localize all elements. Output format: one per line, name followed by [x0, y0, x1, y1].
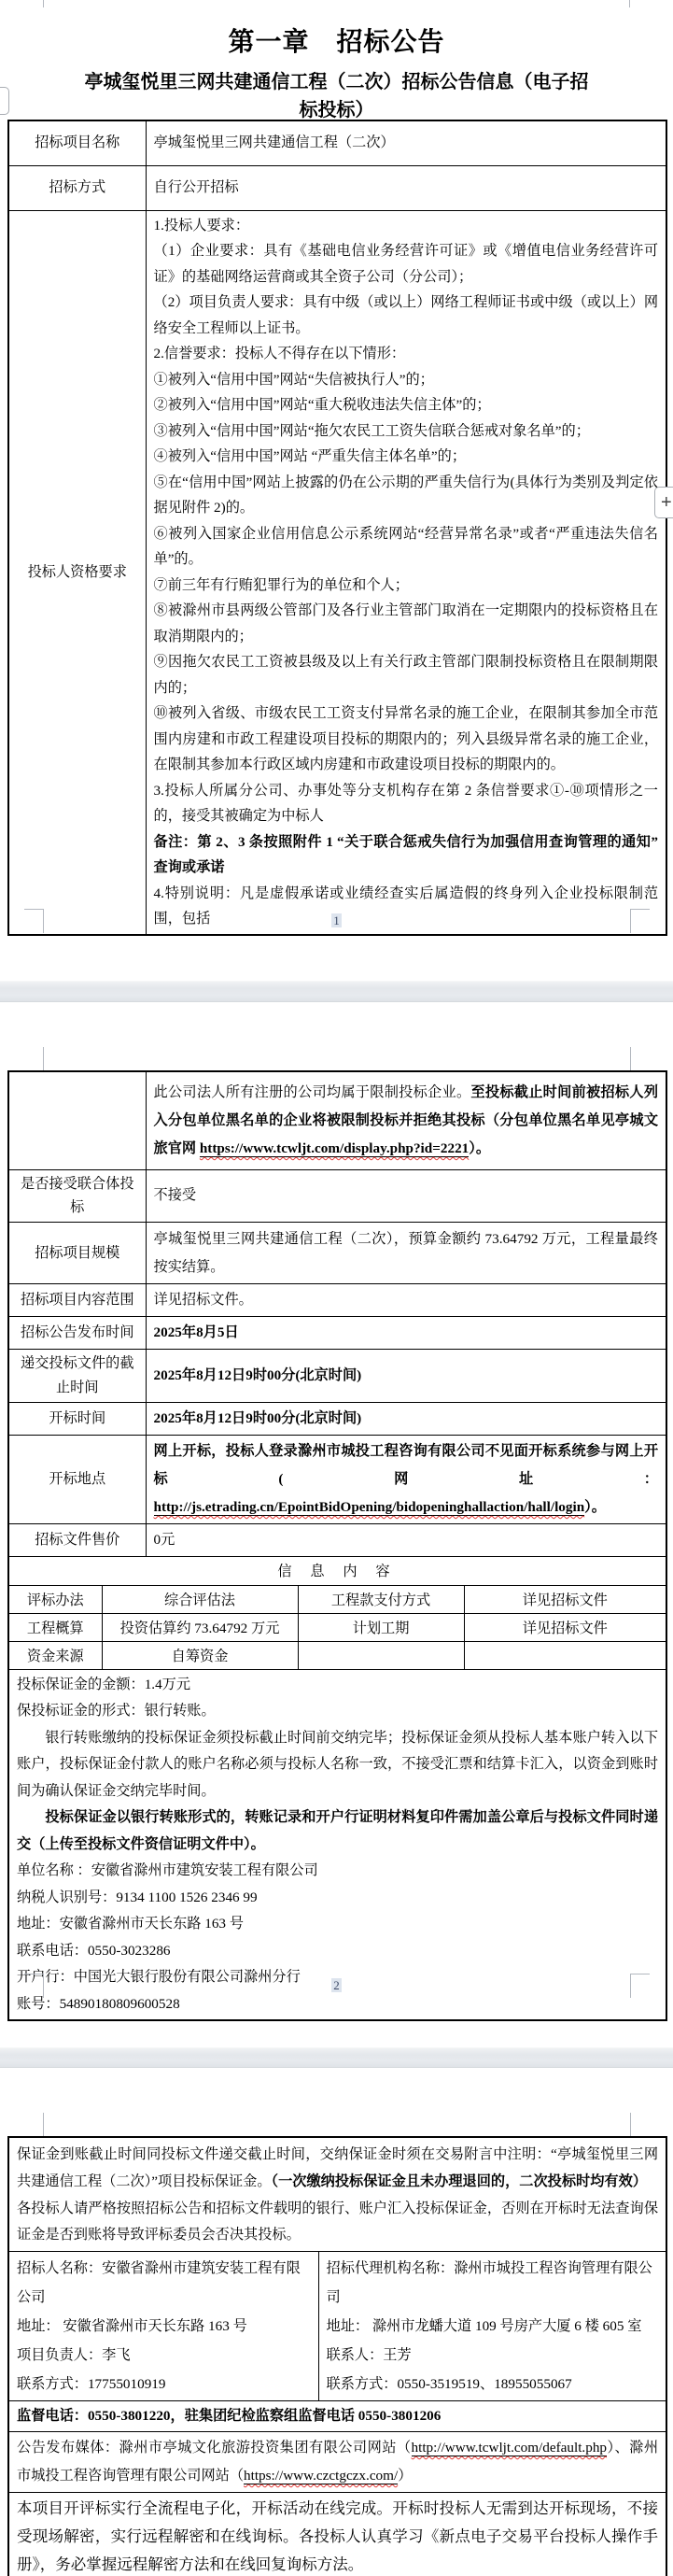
table-row: 开标地点 网上开标，投标人登录滁州市城投工程咨询有限公司不见面开标系统参与网上开…	[8, 1435, 666, 1523]
text-segment: ）。	[469, 1140, 490, 1156]
table-row: 保证金到账截止时间同投标文件递交截止时间，交纳保证金时须在交易附言中注明：“亭城…	[8, 2137, 666, 2252]
agency-contact-cell: 招标代理机构名称：滁州市城投工程咨询管理有限公司 地址： 滁州市龙蟠大道 109…	[318, 2252, 666, 2401]
table-row: 工程概算 投资估算约 73.64792 万元 计划工期 详见招标文件	[8, 1613, 666, 1641]
table-row: 此公司法人所有注册的公司均属于限制投标企业。至投标截止时间前被招标人列入分包单位…	[8, 1071, 666, 1169]
table-row: 开标时间 2025年8月12日9时00分(北京时间)	[8, 1402, 666, 1435]
grid-cell: 详见招标文件	[464, 1585, 666, 1613]
paragraph: 地址：安徽省滁州市天长东路 163 号	[17, 1911, 658, 1938]
row-value-open-time: 2025年8月12日9时00分(北京时间)	[146, 1402, 666, 1435]
add-annotation-button[interactable]: +	[654, 487, 673, 518]
row-label-publish-time: 招标公告发布时间	[8, 1317, 146, 1350]
table-row: 公告发布媒体：滁州市亭城文化旅游投资集团有限公司网站（http://www.tc…	[8, 2432, 666, 2493]
paragraph: 联系电话：0550-3023286	[17, 1938, 658, 1965]
grid-cell: 详见招标文件	[464, 1613, 666, 1641]
text-segment: ）。	[584, 1499, 606, 1515]
paragraph: ④被列入“信用中国”网站 “严重失信主体名单”的；	[154, 444, 659, 470]
table-row: 信 息 内 容	[8, 1556, 666, 1585]
row-label-project-scale: 招标项目规模	[8, 1223, 146, 1284]
paragraph: ⑥被列入国家企业信用信息公示系统网站“经营异常名录”或者“严重违法失信名单”的。	[154, 521, 659, 573]
row-label-open-time: 开标时间	[8, 1402, 146, 1435]
deposit-notice-cell: 保证金到账截止时间同投标文件递交截止时间，交纳保证金时须在交易附言中注明：“亭城…	[8, 2137, 666, 2252]
table-row: 投标保证金的金额：1.4万元 保投标证金的形式：银行转账。 银行转账缴纳的投标保…	[8, 1669, 666, 2020]
bid-info-table-page1: 招标项目名称 亭城玺悦里三网共建通信工程（二次） 招标方式 自行公开招标 投标人…	[7, 120, 667, 936]
table-row: 监督电话：0550-3801220，驻集团纪检监察组监督电话 0550-3801…	[8, 2401, 666, 2432]
table-row: 本项目开评标实行全流程电子化，开标活动在线完成。开标时投标人无需到达开标现场，不…	[8, 2493, 666, 2576]
bidder-phone: 联系方式：17755010919	[17, 2370, 311, 2399]
paragraph: 2.信誉要求：投标人不得存在以下情形：	[154, 341, 659, 367]
paragraph: ③被列入“信用中国”网站“拖欠农民工工资失信联合惩戒对象名单”的；	[154, 418, 659, 445]
grid-cell: 工程概算	[8, 1613, 102, 1641]
row-label-joint-bid: 是否接受联合体投标	[8, 1169, 146, 1223]
row-label-scope: 招标项目内容范围	[8, 1284, 146, 1317]
paragraph: 1.投标人要求：	[154, 213, 659, 239]
paragraph: ②被列入“信用中国”网站“重大税收违法失信主体”的；	[154, 392, 659, 418]
row-value-project-scale: 亭城玺悦里三网共建通信工程（二次），预算金额约 73.64792 万元，工程量最…	[146, 1223, 666, 1284]
paragraph: ⑤在“信用中国”网站上披露的仍在公示期的严重失信行为(具体行为类别及判定依据见附…	[154, 470, 659, 521]
agency-contact: 联系人：王芳	[327, 2341, 659, 2370]
margin-mark	[630, 1047, 650, 1071]
table-row: 招标项目名称 亭城玺悦里三网共建通信工程（二次）	[8, 120, 666, 165]
table-row: 投标人资格要求 1.投标人要求： （1）企业要求：具有《基础电信业务经营许可证》…	[8, 210, 666, 935]
paragraph: 各投标人请严格按照招标公告和招标文件载明的银行、账户汇入投标保证金，否则在开标时…	[17, 2196, 658, 2250]
bidder-manager: 项目负责人：李飞	[17, 2341, 311, 2370]
margin-mark	[24, 1047, 44, 1071]
paragraph: 保投标证金的形式：银行转账。	[17, 1698, 658, 1725]
sidebar-handle-button[interactable]	[0, 87, 9, 115]
grid-cell: 投资估算约 73.64792 万元	[102, 1613, 298, 1641]
text-segment: ）	[398, 2468, 412, 2484]
paragraph: 单位名称 ：安徽省滁州市建筑安装工程有限公司	[17, 1858, 658, 1885]
paragraph: ⑩被列入省级、市级农民工工资支付异常名录的施工企业，在限制其参加全市范围内房建和…	[154, 701, 659, 778]
paragraph: ①被列入“信用中国”网站“失信被执行人”的；	[154, 367, 659, 393]
row-value-bid-method: 自行公开招标	[146, 165, 666, 210]
chapter-title: 第一章 招标公告	[0, 21, 673, 59]
row-value-scope: 详见招标文件。	[146, 1284, 666, 1317]
row-label-open-place: 开标地点	[8, 1435, 146, 1523]
agency-name: 招标代理机构名称：滁州市城投工程咨询管理有限公司	[327, 2254, 659, 2312]
row-label-project-name: 招标项目名称	[8, 120, 146, 165]
table-row: 招标人名称：安徽省滁州市建筑安装工程有限公司 地址： 安徽省滁州市天长东路 16…	[8, 2252, 666, 2401]
grid-cell: 计划工期	[298, 1613, 464, 1641]
row-label-qualification: 投标人资格要求	[8, 210, 146, 935]
page-separator	[0, 981, 673, 1002]
row-label-bid-method: 招标方式	[8, 165, 146, 210]
paragraph-note: 备注：第 2、3 条按照附件 1 “关于联合惩戒失信行为加强信用查询管理的通知”…	[154, 829, 659, 881]
bid-opening-link[interactable]: http://js.etrading.cn/EpointBidOpening/b…	[154, 1499, 585, 1516]
table-row: 是否接受联合体投标 不接受	[8, 1169, 666, 1223]
table-row: 招标项目规模 亭城玺悦里三网共建通信工程（二次），预算金额约 73.64792 …	[8, 1223, 666, 1284]
row-label-doc-price: 招标文件售价	[8, 1523, 146, 1556]
paragraph: 保证金到账截止时间同投标文件递交截止时间，交纳保证金时须在交易附言中注明：“亭城…	[17, 2142, 658, 2196]
row-value-project-name: 亭城玺悦里三网共建通信工程（二次）	[146, 120, 666, 165]
page-number-2: 2	[0, 1978, 673, 1993]
text-segment: 网上开标，投标人登录滁州市城投工程咨询有限公司不见面开标系统参与网上开标(网址：	[154, 1443, 659, 1487]
margin-mark	[630, 2113, 650, 2137]
paragraph: 3.投标人所属分公司、办事处等分支机构存在第 2 条信誉要求①-⑩项情形之一的，…	[154, 778, 659, 829]
row-label-empty	[8, 1071, 146, 1169]
paragraph: 纳税人识别号：9134 1100 1526 2346 99	[17, 1885, 658, 1912]
bid-info-table-page3: 保证金到账截止时间同投标文件递交截止时间，交纳保证金时须在交易附言中注明：“亭城…	[7, 2136, 667, 2576]
text-segment-bold: （一次缴纳投标保证金且未办理退回的，二次投标时均有效）	[272, 2173, 647, 2189]
blacklist-link[interactable]: https://www.tcwljt.com/display.php?id=22…	[200, 1140, 469, 1157]
media-cell: 公告发布媒体：滁州市亭城文化旅游投资集团有限公司网站（http://www.tc…	[8, 2432, 666, 2493]
page-title: 亭城玺悦里三网共建通信工程（二次）招标公告信息（电子招标投标）	[82, 68, 591, 124]
grid-cell: 自筹资金	[102, 1641, 298, 1669]
media-link-2[interactable]: https://www.czctgczx.com/	[244, 2468, 398, 2484]
document-view: 第一章 招标公告 亭城玺悦里三网共建通信工程（二次）招标公告信息（电子招标投标）…	[0, 0, 673, 2576]
paragraph: （2）项目负责人要求：具有中级（或以上）网络工程师证书或中级（或以上）网络安全工…	[154, 290, 659, 341]
supervision-phone-cell: 监督电话：0550-3801220，驻集团纪检监察组监督电话 0550-3801…	[8, 2401, 666, 2432]
table-row: 招标文件售价 0元	[8, 1523, 666, 1556]
paragraph: 账号：54890180809600528	[17, 1991, 658, 2018]
plus-icon: +	[661, 492, 672, 513]
margin-mark	[24, 2113, 44, 2137]
margin-mark	[629, 0, 631, 7]
grid-cell	[298, 1641, 464, 1669]
row-label-submit-deadline: 递交投标文件的截止时间	[8, 1350, 146, 1403]
row-value-submit-deadline: 2025年8月12日9时00分(北京时间)	[146, 1350, 666, 1403]
page-number-1: 1	[0, 913, 673, 928]
bid-info-table-page2: 此公司法人所有注册的公司均属于限制投标企业。至投标截止时间前被招标人列入分包单位…	[7, 1070, 667, 2021]
grid-cell: 工程款支付方式	[298, 1585, 464, 1613]
row-value-qualification: 1.投标人要求： （1）企业要求：具有《基础电信业务经营许可证》或《增值电信业务…	[146, 210, 666, 935]
paragraph-bold: 投标保证金以银行转账形式的，转账记录和开户行证明材料复印件需加盖公章后与投标文件…	[17, 1805, 658, 1858]
deposit-details-cell: 投标保证金的金额：1.4万元 保投标证金的形式：银行转账。 银行转账缴纳的投标保…	[8, 1669, 666, 2020]
table-row: 招标方式 自行公开招标	[8, 165, 666, 210]
text-segment: 此公司法人所有注册的公司均属于限制投标企业。	[154, 1084, 471, 1100]
media-link-1[interactable]: http://www.tcwljt.com/default.php	[412, 2440, 608, 2456]
table-row: 招标项目内容范围 详见招标文件。	[8, 1284, 666, 1317]
agency-address: 地址： 滁州市龙蟠大道 109 号房产大厦 6 楼 605 室	[327, 2312, 659, 2341]
row-value-joint-bid: 不接受	[146, 1169, 666, 1223]
paragraph: ⑧被滁州市县两级公管部门及各行业主管部门取消在一定期限内的投标资格且在取消期限内…	[154, 598, 659, 649]
bidder-name: 招标人名称：安徽省滁州市建筑安装工程有限公司	[17, 2254, 311, 2312]
grid-cell	[464, 1641, 666, 1669]
page-separator	[0, 2047, 673, 2068]
row-value-publish-time: 2025年8月5日	[146, 1317, 666, 1350]
table-row: 招标公告发布时间 2025年8月5日	[8, 1317, 666, 1350]
paragraph: ⑦前三年有行贿犯罪行为的单位和个人；	[154, 573, 659, 599]
table-row: 资金来源 自筹资金	[8, 1641, 666, 1669]
paragraph: （1）企业要求：具有《基础电信业务经营许可证》或《增值电信业务经营许可证》的基础…	[154, 238, 659, 290]
bidder-address: 地址： 安徽省滁州市天长东路 163 号	[17, 2312, 311, 2341]
text-segment: 公告发布媒体：滁州市亭城文化旅游投资集团有限公司网站（	[17, 2440, 412, 2456]
table-row: 评标办法 综合评估法 工程款支付方式 详见招标文件	[8, 1585, 666, 1613]
agency-phone: 联系方式：0550-3519519、18955055067	[327, 2370, 659, 2399]
electronic-bidding-note: 本项目开评标实行全流程电子化，开标活动在线完成。开标时投标人无需到达开标现场，不…	[8, 2493, 666, 2576]
paragraph: 银行转账缴纳的投标保证金须投标截止时间前交纳完毕；投标保证金须从投标人基本账户转…	[17, 1725, 658, 1805]
bidder-contact-cell: 招标人名称：安徽省滁州市建筑安装工程有限公司 地址： 安徽省滁州市天长东路 16…	[8, 2252, 318, 2401]
paragraph: ⑨因拖欠农民工工资被县级及以上有关行政主管部门限制投标资格且在限制期限内的；	[154, 649, 659, 701]
grid-cell: 综合评估法	[102, 1585, 298, 1613]
row-value-open-place: 网上开标，投标人登录滁州市城投工程咨询有限公司不见面开标系统参与网上开标(网址：…	[146, 1435, 666, 1523]
row-value-qualification-cont: 此公司法人所有注册的公司均属于限制投标企业。至投标截止时间前被招标人列入分包单位…	[146, 1071, 666, 1169]
margin-mark	[43, 0, 45, 7]
grid-cell: 资金来源	[8, 1641, 102, 1669]
table-row: 递交投标文件的截止时间 2025年8月12日9时00分(北京时间)	[8, 1350, 666, 1403]
row-value-doc-price: 0元	[146, 1523, 666, 1556]
grid-cell: 评标办法	[8, 1585, 102, 1613]
paragraph: 投标保证金的金额：1.4万元	[17, 1672, 658, 1699]
info-content-header: 信 息 内 容	[8, 1556, 666, 1585]
